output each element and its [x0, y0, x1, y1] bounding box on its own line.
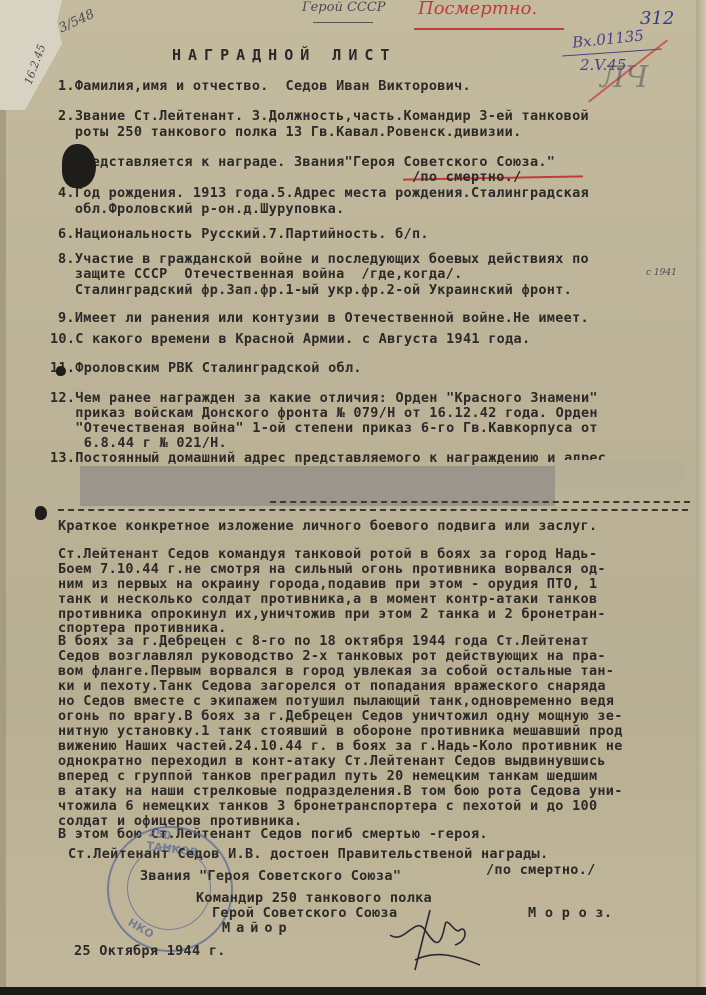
separator-rule	[58, 509, 688, 511]
narrative-line: вперед с группой танков преградил путь 2…	[58, 768, 597, 784]
narrative-line: но Седов вместе с экипажем потушил пылаю…	[58, 693, 614, 709]
ink-blot	[35, 506, 47, 520]
field-unit: роты 250 танкового полка 13 Гв.Кавал.Ров…	[58, 124, 522, 140]
narrative-line: В этом бою Ст.Лейтенант Седов погиб смер…	[58, 826, 488, 842]
section-heading-feat: Краткое конкретное изложение личного бое…	[58, 518, 597, 534]
field-war-participation-cont: защите СССР Отечественная война /где,ког…	[58, 266, 463, 282]
signer-title: Герой Советского Союза	[212, 905, 397, 921]
hero-ussr-annotation: Герой СССР	[302, 0, 386, 15]
field-prior-awards-2: приказ войскам Донского фронта № 079/Н о…	[50, 405, 598, 421]
pencil-scribble: ЛЧ	[600, 60, 648, 95]
separator-rule	[270, 501, 690, 503]
narrative-line: Седов возглавлял руководство 2-х танковы…	[58, 648, 606, 664]
narrative-line: вом фланге.Первым ворвался в город увлек…	[58, 663, 614, 679]
field-home-address: 13.Постоянный домашний адрес представляе…	[50, 450, 606, 466]
field-posthumous: /по смертно./	[58, 169, 522, 185]
page-number-annotation: 312	[640, 8, 674, 29]
narrative-line: Боем 7.10.44 г.не смотря на сильный огон…	[58, 561, 606, 577]
conclusion-posthumous: /по смертно./	[486, 862, 596, 878]
narrative-line: ним из первых на окраину города,подавив …	[58, 576, 597, 592]
conclusion-award: Звания "Героя Советского Союза"	[140, 868, 401, 884]
field-prior-awards: 12.Чем ранее награжден за какие отличия:…	[50, 390, 598, 406]
archive-number-annotation: 3/548	[57, 7, 97, 36]
field-army-since: 10.С какого времени в Красной Армии. с А…	[50, 331, 530, 347]
ink-blot	[56, 366, 66, 376]
narrative-line: Ст.Лейтенант Седов командуя танковой рот…	[58, 546, 597, 562]
field-enlisted-by: 11.Фроловским РВК Сталинградской обл.	[50, 360, 362, 376]
field-nationality-party: 6.Национальность Русский.7.Партийность. …	[58, 226, 429, 242]
redacted-address-tail	[555, 460, 685, 486]
field-war-participation: 8.Участие в гражданской войне и последую…	[58, 251, 589, 267]
page-edge-right	[696, 0, 706, 995]
signer-position: Командир 250 танкового полка	[196, 890, 432, 906]
narrative-line: в атаку на наши стрелковые подразделения…	[58, 783, 623, 799]
field-wounds: 9.Имеет ли ранения или контузии в Отечес…	[58, 310, 589, 326]
handwritten-signature	[385, 905, 485, 979]
margin-year-annotation: с 1941	[646, 268, 677, 278]
field-full-name: 1.Фамилия,имя и отчество. Седов Иван Вик…	[58, 78, 471, 94]
redacted-address	[80, 466, 555, 506]
official-stamp: 250 ТАНКОВ... НКО	[107, 826, 233, 952]
award-sheet: 3/548 16.2.45 Герой СССР Посмертно. 312 …	[0, 0, 706, 995]
posthumous-annotation: Посмертно.	[418, 0, 537, 19]
field-nominated-award: Представляется к награде. Звания"Героя С…	[58, 154, 555, 170]
narrative-line: однократно переходил в конт-атаку Ст.Лей…	[58, 753, 606, 769]
posthumous-underline	[414, 28, 564, 30]
document-title: НАГРАДНОЙ ЛИСТ	[172, 46, 396, 64]
narrative-line: огонь по врагу.В боях за г.Дебрецен Седо…	[58, 708, 623, 724]
field-birth-place-cont: обл.Фроловский р-он.д.Шуруповка.	[58, 201, 345, 217]
field-prior-awards-4: 6.8.44 г № 021/Н.	[50, 435, 227, 451]
signer-name: М о р о з.	[528, 905, 612, 921]
page-edge-bottom	[0, 987, 706, 995]
narrative-line: танк и несколько солдат противника,а в м…	[58, 591, 597, 607]
document-date: 25 Октября 1944 г.	[74, 943, 226, 959]
hero-ussr-underline	[313, 22, 373, 23]
conclusion-worthy: Ст.Лейтенант Седов И.В. достоен Правител…	[68, 846, 548, 862]
field-birth-year-place: 4.Год рождения. 1913 года.5.Адрес места …	[58, 185, 589, 201]
field-prior-awards-3: "Отечественая война" 1-ой степени приказ…	[50, 420, 598, 436]
narrative-line: вижению Наших частей.24.10.44 г. в боях …	[58, 738, 623, 754]
narrative-line: чтожила 6 немецких танков 3 бронетранспо…	[58, 798, 597, 814]
signer-rank: Майор	[222, 920, 293, 936]
ink-blot	[62, 144, 96, 188]
narrative-line: нитную установку.1 танк стоявший в оборо…	[58, 723, 623, 739]
page-edge-left	[0, 110, 6, 995]
narrative-line: ки и пехоту.Танк Седова загорелся от поп…	[58, 678, 606, 694]
incoming-number-annotation: Вх.01135	[571, 26, 644, 51]
field-rank-position: 2.Звание Ст.Лейтенант. 3.Должность,часть…	[58, 108, 589, 124]
field-fronts: Сталинградский фр.Зап.фр.1-ый укр.фр.2-о…	[58, 282, 572, 298]
narrative-line: В боях за г.Дебрецен с 8-го по 18 октябр…	[58, 633, 589, 649]
